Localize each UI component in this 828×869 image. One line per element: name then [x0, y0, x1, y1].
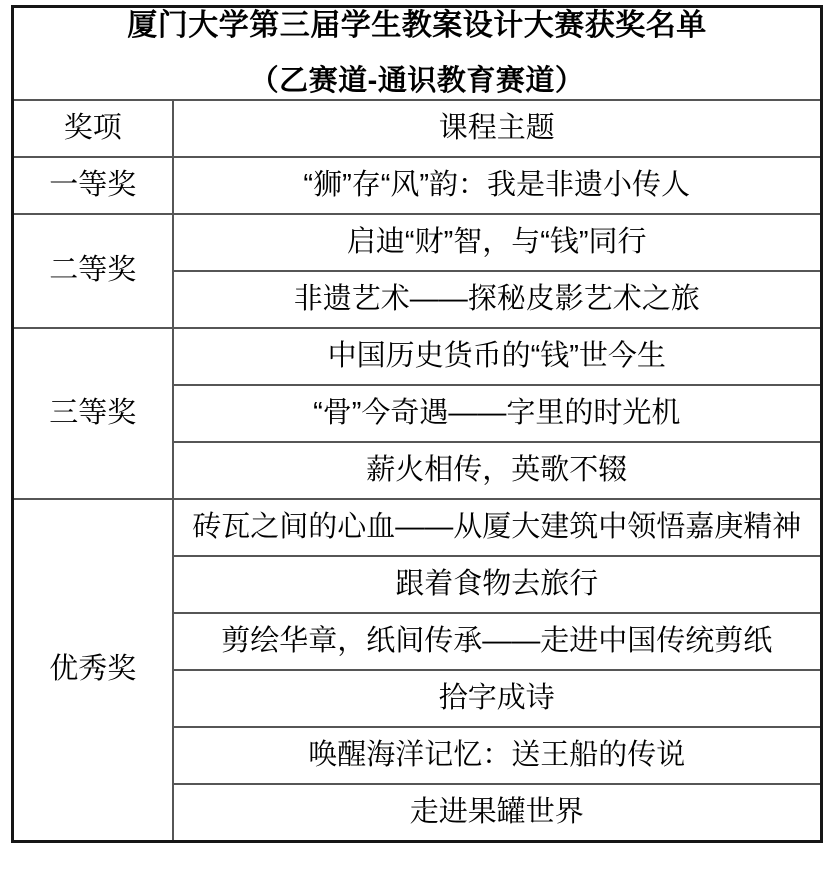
- table-row: 三等奖 中国历史货币的“钱”世今生: [13, 328, 822, 385]
- document-subtitle: （乙赛道-通识教育赛道）: [250, 64, 585, 99]
- document-title: 厦门大学第三届学生教案设计大赛获奖名单: [127, 8, 707, 44]
- topic-cell: 唤醒海洋记忆：送王船的传说: [173, 727, 822, 784]
- table-row: 一等奖 “狮”存“风”韵：我是非遗小传人: [13, 157, 822, 214]
- topic-cell: “骨”今奇遇——字里的时光机: [173, 385, 822, 442]
- title-row: 厦门大学第三届学生教案设计大赛获奖名单 （乙赛道-通识教育赛道）: [13, 7, 822, 100]
- topic-cell: 启迪“财”智，与“钱”同行: [173, 214, 822, 271]
- table-title-cell: 厦门大学第三届学生教案设计大赛获奖名单 （乙赛道-通识教育赛道）: [13, 7, 822, 100]
- column-header-award: 奖项: [13, 100, 173, 157]
- award-cell: 三等奖: [13, 328, 173, 499]
- topic-cell: 走进果罐世界: [173, 784, 822, 842]
- topic-cell: 砖瓦之间的心血——从厦大建筑中领悟嘉庚精神: [173, 499, 822, 556]
- title-block: 厦门大学第三届学生教案设计大赛获奖名单 （乙赛道-通识教育赛道）: [18, 8, 816, 99]
- table-row: 优秀奖 砖瓦之间的心血——从厦大建筑中领悟嘉庚精神: [13, 499, 822, 556]
- award-cell: 优秀奖: [13, 499, 173, 842]
- topic-cell: 薪火相传，英歌不辍: [173, 442, 822, 499]
- header-row: 奖项 课程主题: [13, 100, 822, 157]
- topic-cell: 拾字成诗: [173, 670, 822, 727]
- topic-cell: 中国历史货币的“钱”世今生: [173, 328, 822, 385]
- topic-cell: “狮”存“风”韵：我是非遗小传人: [173, 157, 822, 214]
- topic-cell: 非遗艺术——探秘皮影艺术之旅: [173, 271, 822, 328]
- award-cell: 一等奖: [13, 157, 173, 214]
- topic-cell: 剪绘华章，纸间传承——走进中国传统剪纸: [173, 613, 822, 670]
- award-cell: 二等奖: [13, 214, 173, 328]
- column-header-topic: 课程主题: [173, 100, 822, 157]
- document-page: 厦门大学第三届学生教案设计大赛获奖名单 （乙赛道-通识教育赛道） 奖项 课程主题…: [0, 0, 828, 869]
- table-row: 二等奖 启迪“财”智，与“钱”同行: [13, 214, 822, 271]
- topic-cell: 跟着食物去旅行: [173, 556, 822, 613]
- award-table: 厦门大学第三届学生教案设计大赛获奖名单 （乙赛道-通识教育赛道） 奖项 课程主题…: [11, 5, 823, 843]
